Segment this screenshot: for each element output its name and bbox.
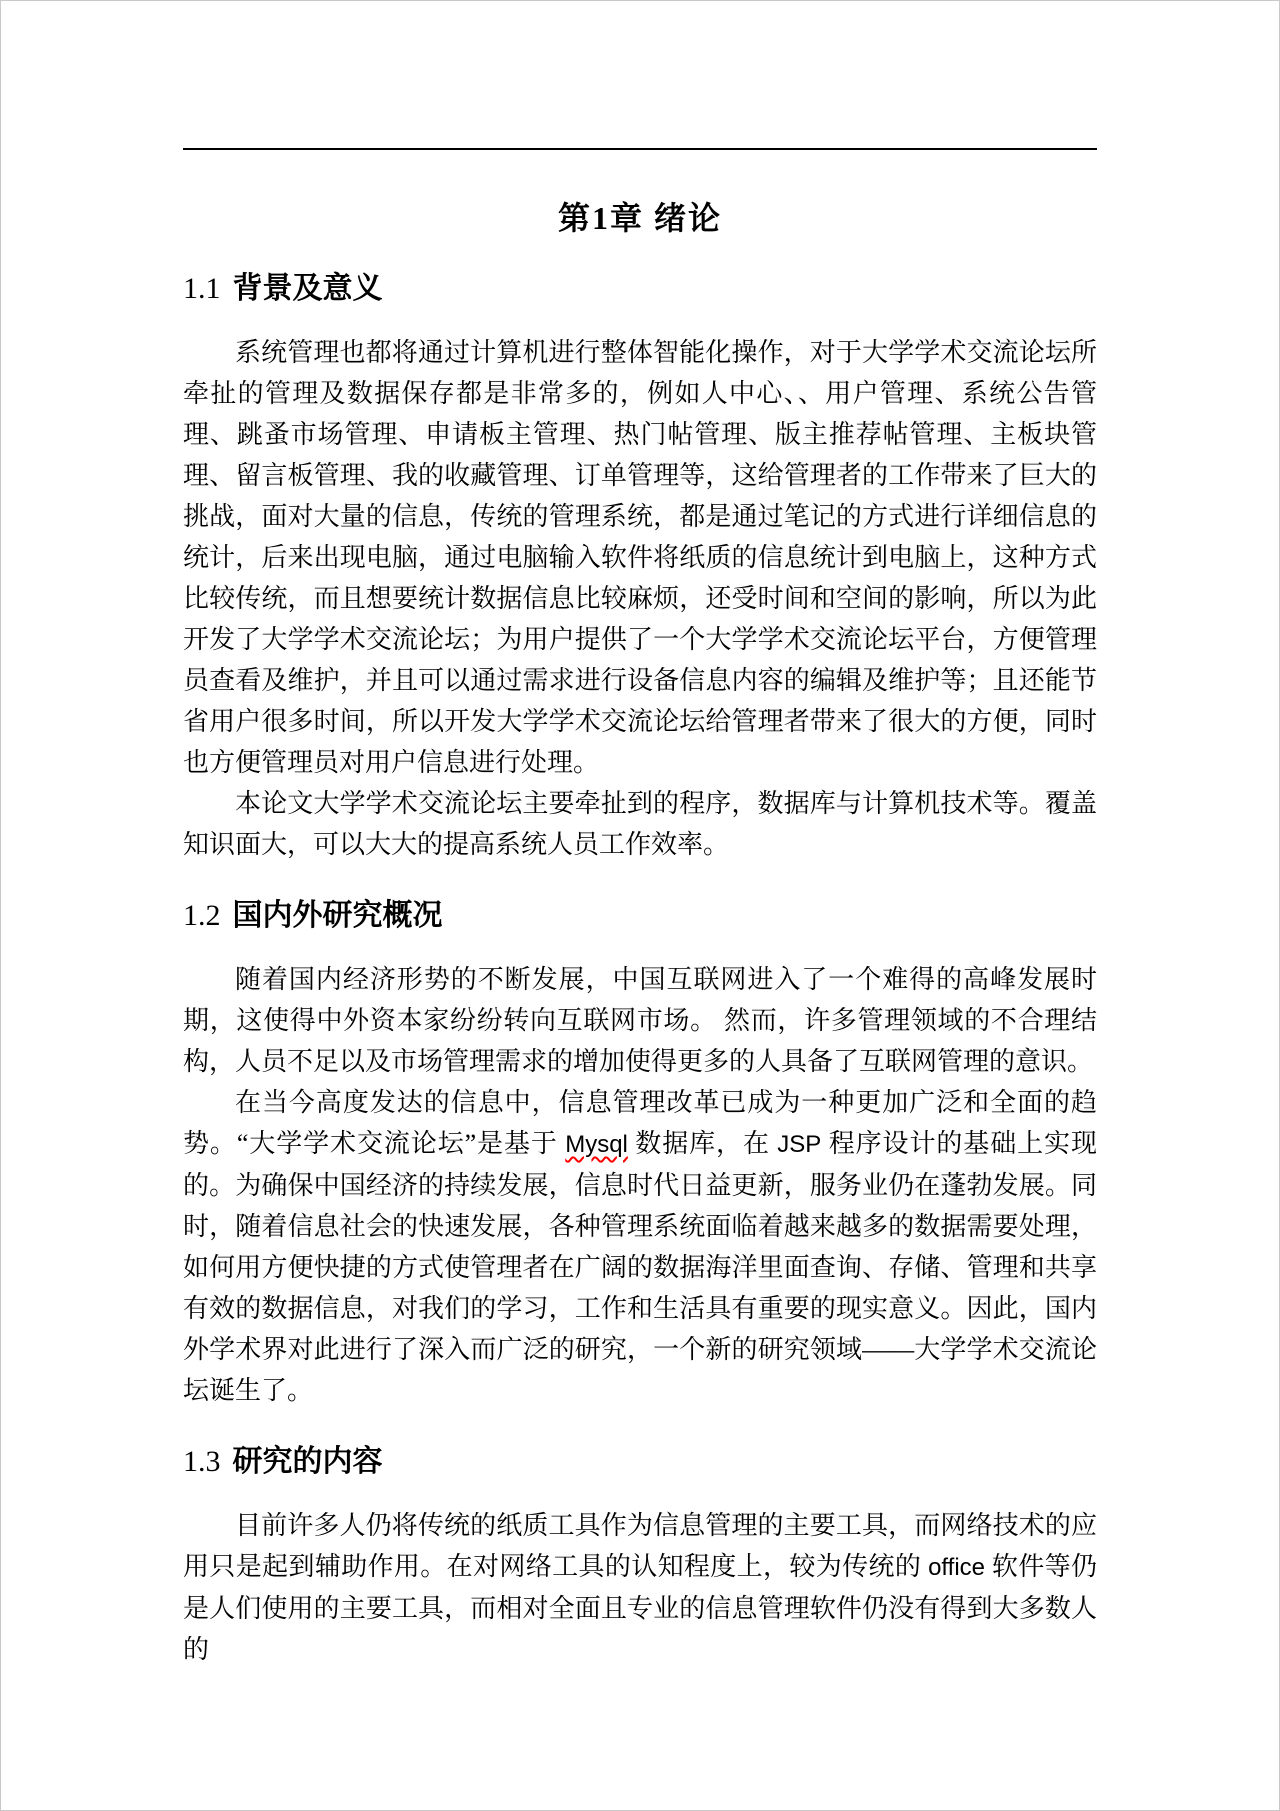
section-number: 1.1	[183, 272, 221, 305]
paragraph-text: 数据库，在	[628, 1129, 777, 1158]
section-title: 国内外研究概况	[233, 899, 443, 932]
chapter-title: 第1章 绪论	[183, 198, 1097, 238]
paragraph-text: 程序设计的基础上实现的。为确保中国经济的持续发展，信息时代日益更新，服务业仍在蓬…	[183, 1129, 1097, 1405]
latin-word-office: office	[928, 1554, 985, 1581]
section-title: 背景及意义	[233, 272, 383, 305]
paragraph: 在当今高度发达的信息中，信息管理改革已成为一种更加广泛和全面的趋势。“大学学术交…	[183, 1082, 1097, 1411]
section-heading-1-1: 1.1背景及意义	[183, 270, 1097, 308]
section-number: 1.3	[183, 1445, 221, 1478]
header-rule	[183, 148, 1097, 150]
paragraph: 本论文大学学术交流论坛主要牵扯到的程序，数据库与计算机技术等。覆盖知识面大，可以…	[183, 783, 1097, 865]
latin-word-jsp: JSP	[777, 1131, 821, 1158]
misspelled-word-mysql: Mysql	[565, 1131, 628, 1158]
paragraph: 目前许多人仍将传统的纸质工具作为信息管理的主要工具，而网络技术的应用只是起到辅助…	[183, 1505, 1097, 1670]
document-page: 第1章 绪论 1.1背景及意义 系统管理也都将通过计算机进行整体智能化操作，对于…	[0, 0, 1280, 1811]
section-title: 研究的内容	[233, 1445, 383, 1478]
page-content: 第1章 绪论 1.1背景及意义 系统管理也都将通过计算机进行整体智能化操作，对于…	[183, 148, 1097, 1670]
section-number: 1.2	[183, 899, 221, 932]
paragraph: 随着国内经济形势的不断发展，中国互联网进入了一个难得的高峰发展时期，这使得中外资…	[183, 959, 1097, 1082]
section-heading-1-3: 1.3研究的内容	[183, 1443, 1097, 1481]
section-heading-1-2: 1.2国内外研究概况	[183, 897, 1097, 935]
paragraph: 系统管理也都将通过计算机进行整体智能化操作，对于大学学术交流论坛所牵扯的管理及数…	[183, 332, 1097, 783]
